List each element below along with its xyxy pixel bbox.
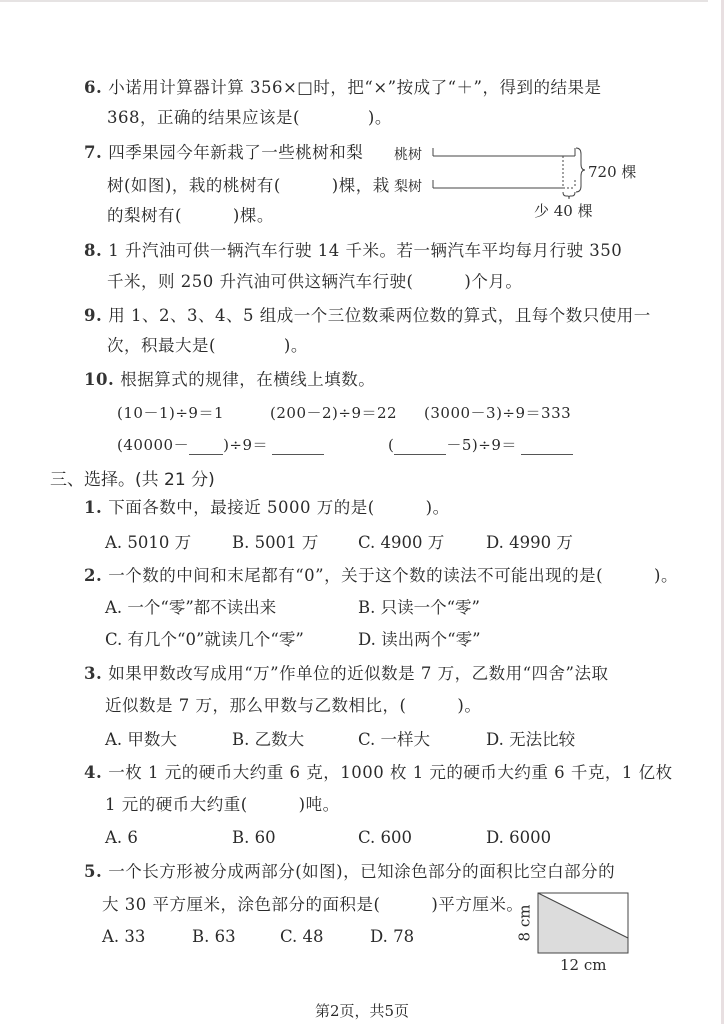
s3q4-option-b[interactable]: B. 60	[232, 828, 276, 848]
eq4-right: )÷9＝	[223, 436, 268, 454]
s3q5-option-a[interactable]: A. 33	[102, 927, 145, 947]
eq4-blank2[interactable]	[272, 438, 324, 455]
q9-line1: 9.用 1、2、3、4、5 组成一个三位数乘两位数的算式，且每个数只使用一	[84, 306, 651, 326]
q10-text1: 根据算式的规律，在横线上填数。	[120, 370, 375, 389]
s3q3-line2: 近似数是 7 万，那么甲数与乙数相比，( )。	[105, 696, 481, 716]
q6-line1: 6.小诺用计算器计算 356×□时，把“×”按成了“＋”，得到的结果是	[84, 78, 601, 98]
q9-number: 9.	[84, 306, 102, 325]
q9-line2: 次，积最大是( )。	[107, 336, 308, 356]
s3q5-line2: 大 30 平方厘米，涂色部分的面积是( )平方厘米。	[102, 895, 523, 915]
peach-label: 桃树	[394, 144, 422, 164]
s3q3-text1: 如果甲数改写成用“万”作单位的近似数是 7 万，乙数用“四舍”法取	[108, 664, 608, 683]
s3q5-line1: 5.一个长方形被分成两部分(如图)，已知涂色部分的面积比空白部分的	[84, 862, 615, 882]
s3q3-number: 3.	[84, 664, 102, 683]
diff-label: 少 40 棵	[534, 200, 593, 221]
s3q2-line1: 2.一个数的中间和末尾都有“0”，关于这个数的读法不可能出现的是( )。	[84, 566, 678, 586]
s3q2-option-d[interactable]: D. 读出两个“零”	[358, 630, 481, 650]
s3q4-text1: 一枚 1 元的硬币大约重 6 克，1000 枚 1 元的硬币大约重 6 千克，1…	[108, 763, 672, 782]
eq5-blank2[interactable]	[521, 438, 573, 455]
s3q2-option-c[interactable]: C. 有几个“0”就读几个“零”	[105, 630, 304, 650]
height-label: 8 cm	[515, 905, 533, 942]
s3q4-option-a[interactable]: A. 6	[105, 828, 138, 848]
q8-text1: 1 升汽油可供一辆汽车行驶 14 千米。若一辆汽车平均每月行驶 350	[108, 241, 622, 260]
s3q5-number: 5.	[84, 862, 102, 881]
q7-line1: 7.四季果园今年新栽了一些桃树和梨	[84, 143, 363, 163]
eq4-blank1[interactable]	[189, 438, 223, 455]
q9-text1: 用 1、2、3、4、5 组成一个三位数乘两位数的算式，且每个数只使用一	[108, 306, 650, 325]
s3q1-number: 1.	[84, 498, 102, 517]
s3q5-option-b[interactable]: B. 63	[192, 927, 236, 947]
width-label: 12 cm	[560, 956, 606, 974]
q8-line2: 千米，则 250 升汽油可供这辆汽车行驶( )个月。	[107, 272, 522, 292]
q10-line1: 10.根据算式的规律，在横线上填数。	[84, 370, 375, 390]
s3q4-line1: 4.一枚 1 元的硬币大约重 6 克，1000 枚 1 元的硬币大约重 6 千克…	[84, 763, 673, 783]
page-footer: 第2页，共5页	[0, 1000, 724, 1021]
s3q1-option-b[interactable]: B. 5001 万	[232, 533, 318, 553]
s3q3-option-c[interactable]: C. 一样大	[358, 730, 430, 750]
s3q1-option-a[interactable]: A. 5010 万	[105, 533, 191, 553]
q7-number: 7.	[84, 143, 102, 162]
s3q3-option-a[interactable]: A. 甲数大	[105, 730, 177, 750]
s3q4-line2: 1 元的硬币大约重( )吨。	[105, 795, 340, 815]
s3q3-line1: 3.如果甲数改写成用“万”作单位的近似数是 7 万，乙数用“四舍”法取	[84, 664, 608, 684]
s3q4-number: 4.	[84, 763, 102, 782]
q10-eq3: (3000－3)÷9＝333	[424, 403, 571, 423]
q10-number: 10.	[84, 370, 114, 389]
s3q1-option-c[interactable]: C. 4900 万	[358, 533, 444, 553]
eq5-right: －5)÷9＝	[446, 436, 517, 454]
s3q2-text: 一个数的中间和末尾都有“0”，关于这个数的读法不可能出现的是( )。	[108, 566, 678, 585]
s3q2-number: 2.	[84, 566, 102, 585]
s3q4-option-c[interactable]: C. 600	[358, 828, 412, 848]
rectangle-diagram	[536, 891, 630, 955]
q10-eq1: (10－1)÷9＝1	[117, 403, 224, 423]
eq4-left: (40000－	[117, 436, 189, 454]
s3q5-option-c[interactable]: C. 48	[280, 927, 324, 947]
pear-label: 梨树	[394, 176, 422, 196]
q10-eq5: (－5)÷9＝	[388, 435, 573, 455]
s3q2-option-a[interactable]: A. 一个“零”都不读出来	[105, 598, 276, 618]
q7-line2: 树(如图)，栽的桃树有( )棵，栽	[107, 176, 390, 196]
s3q3-option-b[interactable]: B. 乙数大	[232, 730, 304, 750]
s3q4-option-d[interactable]: D. 6000	[486, 828, 551, 848]
q10-eq2: (200－2)÷9＝22	[270, 403, 397, 423]
s3q1-line1: 1.下面各数中，最接近 5000 万的是( )。	[84, 498, 450, 518]
q10-eq4: (40000－)÷9＝	[117, 435, 324, 455]
s3q1-text: 下面各数中，最接近 5000 万的是( )。	[108, 498, 449, 517]
s3q5-option-d[interactable]: D. 78	[370, 927, 414, 947]
q8-number: 8.	[84, 241, 102, 260]
q6-text1: 小诺用计算器计算 356×□时，把“×”按成了“＋”，得到的结果是	[108, 78, 601, 97]
q6-line2: 368，正确的结果应该是( )。	[107, 108, 392, 128]
s3q5-text1: 一个长方形被分成两部分(如图)，已知涂色部分的面积比空白部分的	[108, 862, 615, 881]
section-title: 三、选择。(共 21 分)	[50, 465, 215, 490]
right-brace	[574, 146, 588, 194]
top-border	[0, 0, 708, 2]
segment-bars	[425, 140, 585, 205]
total-label: 720 棵	[588, 161, 636, 182]
q7-line3: 的梨树有( )棵。	[107, 206, 274, 226]
s3q1-option-d[interactable]: D. 4990 万	[486, 533, 573, 553]
s3q2-option-b[interactable]: B. 只读一个“零”	[358, 598, 480, 618]
q8-line1: 8.1 升汽油可供一辆汽车行驶 14 千米。若一辆汽车平均每月行驶 350	[84, 241, 622, 261]
s3q3-option-d[interactable]: D. 无法比较	[486, 730, 575, 750]
q6-number: 6.	[84, 78, 102, 97]
eq5-blank1[interactable]	[394, 438, 446, 455]
q7-text1: 四季果园今年新栽了一些桃树和梨	[108, 143, 363, 162]
